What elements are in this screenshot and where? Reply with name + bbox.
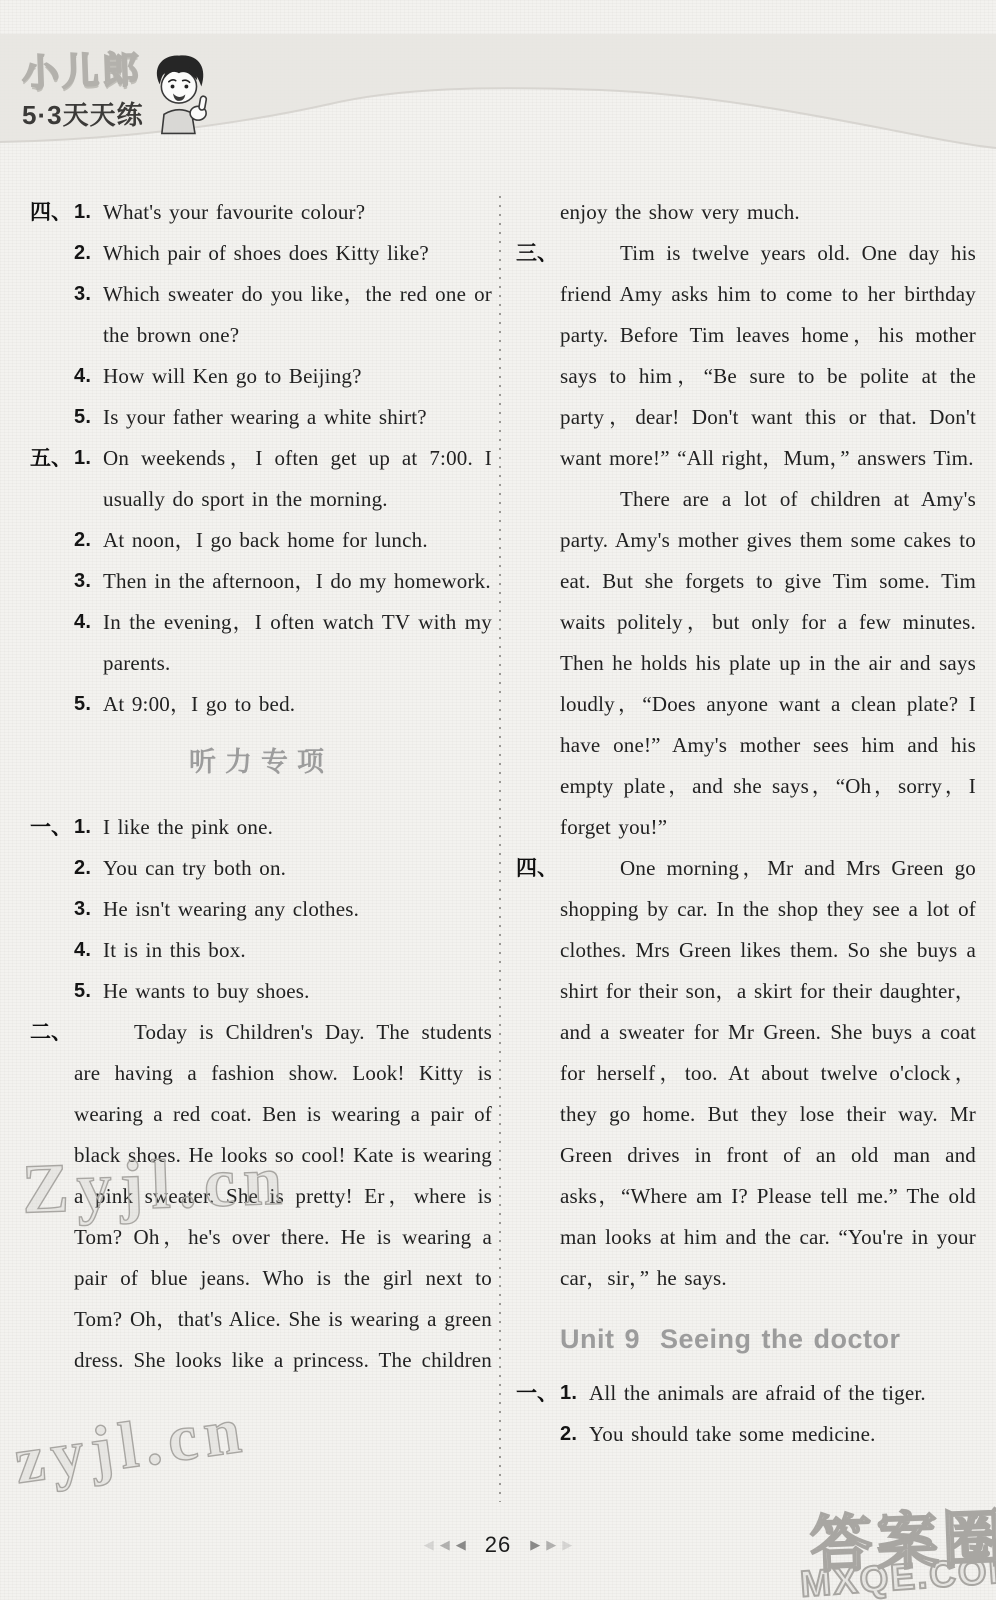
answer-item: 2.At noon，I go back home for lunch.: [74, 520, 492, 561]
answer-item: 3.Then in the afternoon，I do my homework…: [74, 561, 492, 602]
answer-item: 4.It is in this box.: [74, 930, 492, 971]
item-text: It is in this box.: [103, 938, 246, 962]
section-marker: 三、: [516, 233, 558, 274]
answer-section-3: 一、1.All the animals are afraid of the ti…: [516, 1373, 976, 1455]
item-number: 5.: [74, 684, 91, 725]
item-number: 5.: [74, 971, 91, 1012]
section-marker: 四、: [30, 192, 72, 233]
paragraph-continuation: enjoy the show very much.: [516, 192, 976, 233]
answer-section-0: 三、Tim is twelve years old. One day his f…: [516, 233, 976, 848]
answer-item: 1.I like the pink one.: [74, 807, 492, 848]
answer-item: 2.Which pair of shoes does Kitty like?: [74, 233, 492, 274]
item-number: 2.: [74, 233, 91, 274]
answer-section-1: 五、1.On weekends，I often get up at 7:00. …: [30, 438, 492, 725]
item-number: 2.: [74, 848, 91, 889]
answer-section-4: 二、Today is Children's Day. The students …: [30, 1012, 492, 1381]
item-number: 1.: [74, 192, 91, 233]
section-marker: 五、: [30, 438, 72, 479]
answer-section-1: 四、One morning，Mr and Mrs Green go shoppi…: [516, 848, 976, 1299]
paragraph: Tim is twelve years old. One day his fri…: [560, 233, 976, 479]
item-text: Then in the afternoon，I do my homework.: [103, 569, 491, 593]
item-text: All the animals are afraid of the tiger.: [589, 1381, 926, 1405]
item-number: 4.: [74, 602, 91, 643]
answer-item: 1.All the animals are afraid of the tige…: [560, 1373, 976, 1414]
page-number: 26: [485, 1532, 511, 1558]
paragraph: One morning，Mr and Mrs Green go shopping…: [560, 848, 976, 1299]
item-number: 5.: [74, 397, 91, 438]
prev-page-icon: ◀: [440, 1538, 450, 1553]
item-text: At noon，I go back home for lunch.: [103, 528, 428, 552]
answer-item: 5.At 9:00，I go to bed.: [74, 684, 492, 725]
answer-section-3: 一、1.I like the pink one.2.You can try bo…: [30, 807, 492, 1012]
right-column: enjoy the show very much.三、Tim is twelve…: [516, 192, 976, 1455]
answer-section-0: 四、1.What's your favourite colour?2.Which…: [30, 192, 492, 438]
answer-item: 3.He isn't wearing any clothes.: [74, 889, 492, 930]
item-number: 4.: [74, 930, 91, 971]
section-marker: 二、: [30, 1012, 72, 1053]
watermark-zyjl-2: zyjl.cn: [10, 1392, 252, 1500]
answer-item: 1.What's your favourite colour?: [74, 192, 492, 233]
item-number: 3.: [74, 274, 91, 315]
section-marker: 四、: [516, 848, 558, 889]
answer-item: 3.Which sweater do you like，the red one …: [74, 274, 492, 356]
item-text: In the evening，I often watch TV with my …: [103, 610, 492, 675]
answer-item: 4.How will Ken go to Beijing?: [74, 356, 492, 397]
item-text: Is your father wearing a white shirt?: [103, 405, 427, 429]
prev-page-icon: ◀: [456, 1538, 466, 1553]
answer-item: 4.In the evening，I often watch TV with m…: [74, 602, 492, 684]
item-text: He wants to buy shoes.: [103, 979, 310, 1003]
item-number: 3.: [74, 561, 91, 602]
next-page-icon: ▶: [546, 1538, 556, 1553]
item-number: 3.: [74, 889, 91, 930]
unit-label: Unit 9: [560, 1324, 640, 1354]
item-text: How will Ken go to Beijing?: [103, 364, 362, 388]
next-page-icon: ▶: [530, 1538, 540, 1553]
answer-item: 2.You can try both on.: [74, 848, 492, 889]
section-marker: 一、: [516, 1373, 558, 1414]
item-text: You should take some medicine.: [589, 1422, 876, 1446]
unit-header: Unit 9Seeing the doctor: [516, 1317, 976, 1361]
paragraph: Today is Children's Day. The students ar…: [74, 1012, 492, 1381]
column-divider: [499, 196, 501, 1502]
item-number: 1.: [560, 1373, 577, 1414]
prev-page-icon: ◀: [424, 1538, 434, 1553]
item-number: 4.: [74, 356, 91, 397]
item-number: 2.: [74, 520, 91, 561]
unit-name: Seeing the doctor: [660, 1324, 901, 1354]
section-marker: 一、: [30, 807, 72, 848]
answer-item: 5.He wants to buy shoes.: [74, 971, 492, 1012]
listening-section-title: 听力专项: [30, 741, 492, 783]
item-text: On weekends，I often get up at 7:00. I us…: [103, 446, 492, 511]
answer-item: 2.You should take some medicine.: [560, 1414, 976, 1455]
publisher-logo: 小儿郎 5·3天天练: [22, 52, 212, 143]
answer-item: 5.Is your father wearing a white shirt?: [74, 397, 492, 438]
item-number: 2.: [560, 1414, 577, 1455]
item-text: What's your favourite colour?: [103, 200, 365, 224]
item-text: I like the pink one.: [103, 815, 273, 839]
paragraph: There are a lot of children at Amy's par…: [560, 479, 976, 848]
item-number: 1.: [74, 807, 91, 848]
item-text: You can try both on.: [103, 856, 286, 880]
mascot-boy-icon: [148, 50, 212, 143]
answer-item: 1.On weekends，I often get up at 7:00. I …: [74, 438, 492, 520]
page-footer: ◀ ◀ ◀ 26 ▶ ▶ ▶: [0, 1532, 996, 1558]
next-page-icon: ▶: [562, 1538, 572, 1553]
logo-series-text: 5·3天天练: [22, 100, 144, 130]
item-text: At 9:00，I go to bed.: [103, 692, 295, 716]
item-text: Which pair of shoes does Kitty like?: [103, 241, 429, 265]
item-number: 1.: [74, 438, 91, 479]
item-text: He isn't wearing any clothes.: [103, 897, 359, 921]
item-text: Which sweater do you like，the red one or…: [103, 282, 492, 347]
left-column: 四、1.What's your favourite colour?2.Which…: [30, 192, 492, 1381]
logo-brand-text: 小儿郎: [21, 50, 144, 94]
workbook-answer-page: 小儿郎 5·3天天练 四、1.What's your favourite col…: [0, 0, 996, 1600]
logo-text-block: 小儿郎 5·3天天练: [22, 52, 144, 130]
